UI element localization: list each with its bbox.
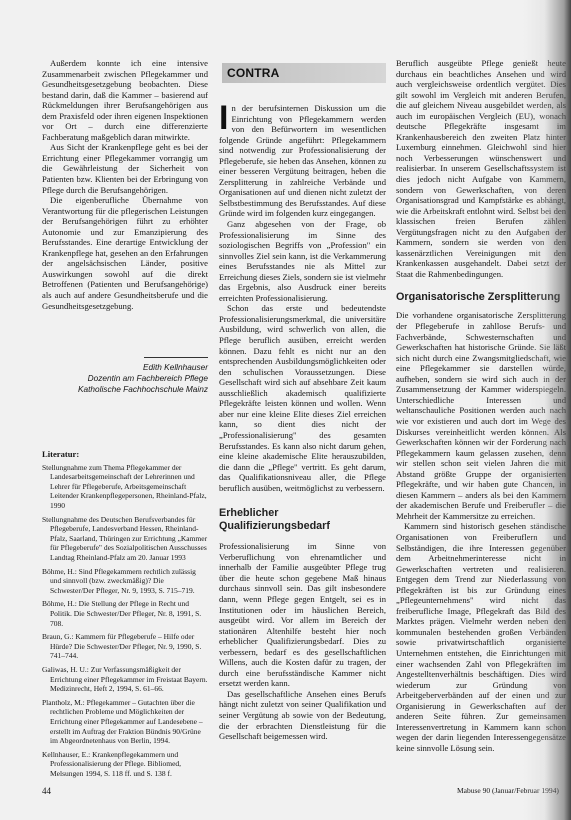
- literature-entry: Stellungnahme zum Thema Pflegekammer der…: [42, 463, 208, 511]
- right-paragraph: Kammern sind historisch gesehen ständisc…: [396, 521, 566, 753]
- left-paragraph: Aus Sicht der Krankenpflege geht es bei …: [42, 142, 208, 195]
- author-title: Dozentin am Fachbereich Pflege: [42, 373, 208, 384]
- literature-heading: Literatur:: [42, 449, 208, 460]
- subheading-qualifizierungsbedarf: Erheblicher Qualifizierungsbedarf: [219, 507, 386, 533]
- literature-entry: Plantholz, M.: Pflegekammer – Gutachten …: [42, 698, 208, 746]
- literature-entry: Böhme, H.: Die Stellung der Pflege in Re…: [42, 599, 208, 628]
- middle-column: In der berufsinternen Diskussion um die …: [219, 103, 386, 742]
- intro-text: n der berufsinternen Diskussion um die E…: [219, 103, 386, 218]
- middle-intro-paragraph: In der berufsinternen Diskussion um die …: [219, 103, 386, 219]
- drop-cap: I: [219, 104, 228, 132]
- subheading-zersplitterung: Organisatorische Zersplitterung: [396, 291, 566, 304]
- signature-rule: [144, 357, 208, 358]
- literature-entry: Böhme, H.: Sind Pflegekammern rechtlich …: [42, 567, 208, 596]
- left-column: Außerdem konnte ich eine intensive Zusam…: [42, 58, 208, 782]
- right-column: Beruflich ausgeübte Pflege genießt heute…: [396, 58, 566, 753]
- literature-entry: Galiwas, H. U.: Zur Verfassungsmäßigkeit…: [42, 665, 208, 694]
- contra-section-header: CONTRA: [222, 63, 386, 83]
- right-paragraph: Beruflich ausgeübte Pflege genießt heute…: [396, 58, 566, 279]
- page-number: 44: [42, 786, 51, 796]
- publication-footer: Mabuse 90 (Januar/Februar 1994): [457, 786, 559, 795]
- literature-entry: Stellungnahme des Deutschen Berufsverban…: [42, 515, 208, 563]
- middle-paragraph: Das gesellschaftliche Ansehen eines Beru…: [219, 689, 386, 742]
- author-institution: Katholische Fachhochschule Mainz: [42, 384, 208, 395]
- left-paragraph: Die eigenberufliche Übernahme von Verant…: [42, 195, 208, 311]
- contra-label: CONTRA: [227, 66, 280, 80]
- author-signature: Edith Kellnhauser Dozentin am Fachbereic…: [42, 357, 208, 395]
- author-name: Edith Kellnhauser: [42, 362, 208, 373]
- middle-paragraph: Ganz abgesehen von der Frage, ob Profess…: [219, 219, 386, 303]
- right-paragraph: Die vorhandene organisatorische Zersplit…: [396, 310, 566, 521]
- document-page: Außerdem konnte ich eine intensive Zusam…: [0, 0, 571, 820]
- middle-paragraph: Professionalisierung im Sinne von Verber…: [219, 541, 386, 689]
- literature-entry: Braun, G.: Kammern für Pflegeberufe – Hi…: [42, 632, 208, 661]
- left-paragraph: Außerdem konnte ich eine intensive Zusam…: [42, 58, 208, 142]
- literature-entry: Kellnhauser, E.: Krankenpflegekammern un…: [42, 750, 208, 779]
- middle-paragraph: Schon das erste und bedeutendste Profess…: [219, 303, 386, 493]
